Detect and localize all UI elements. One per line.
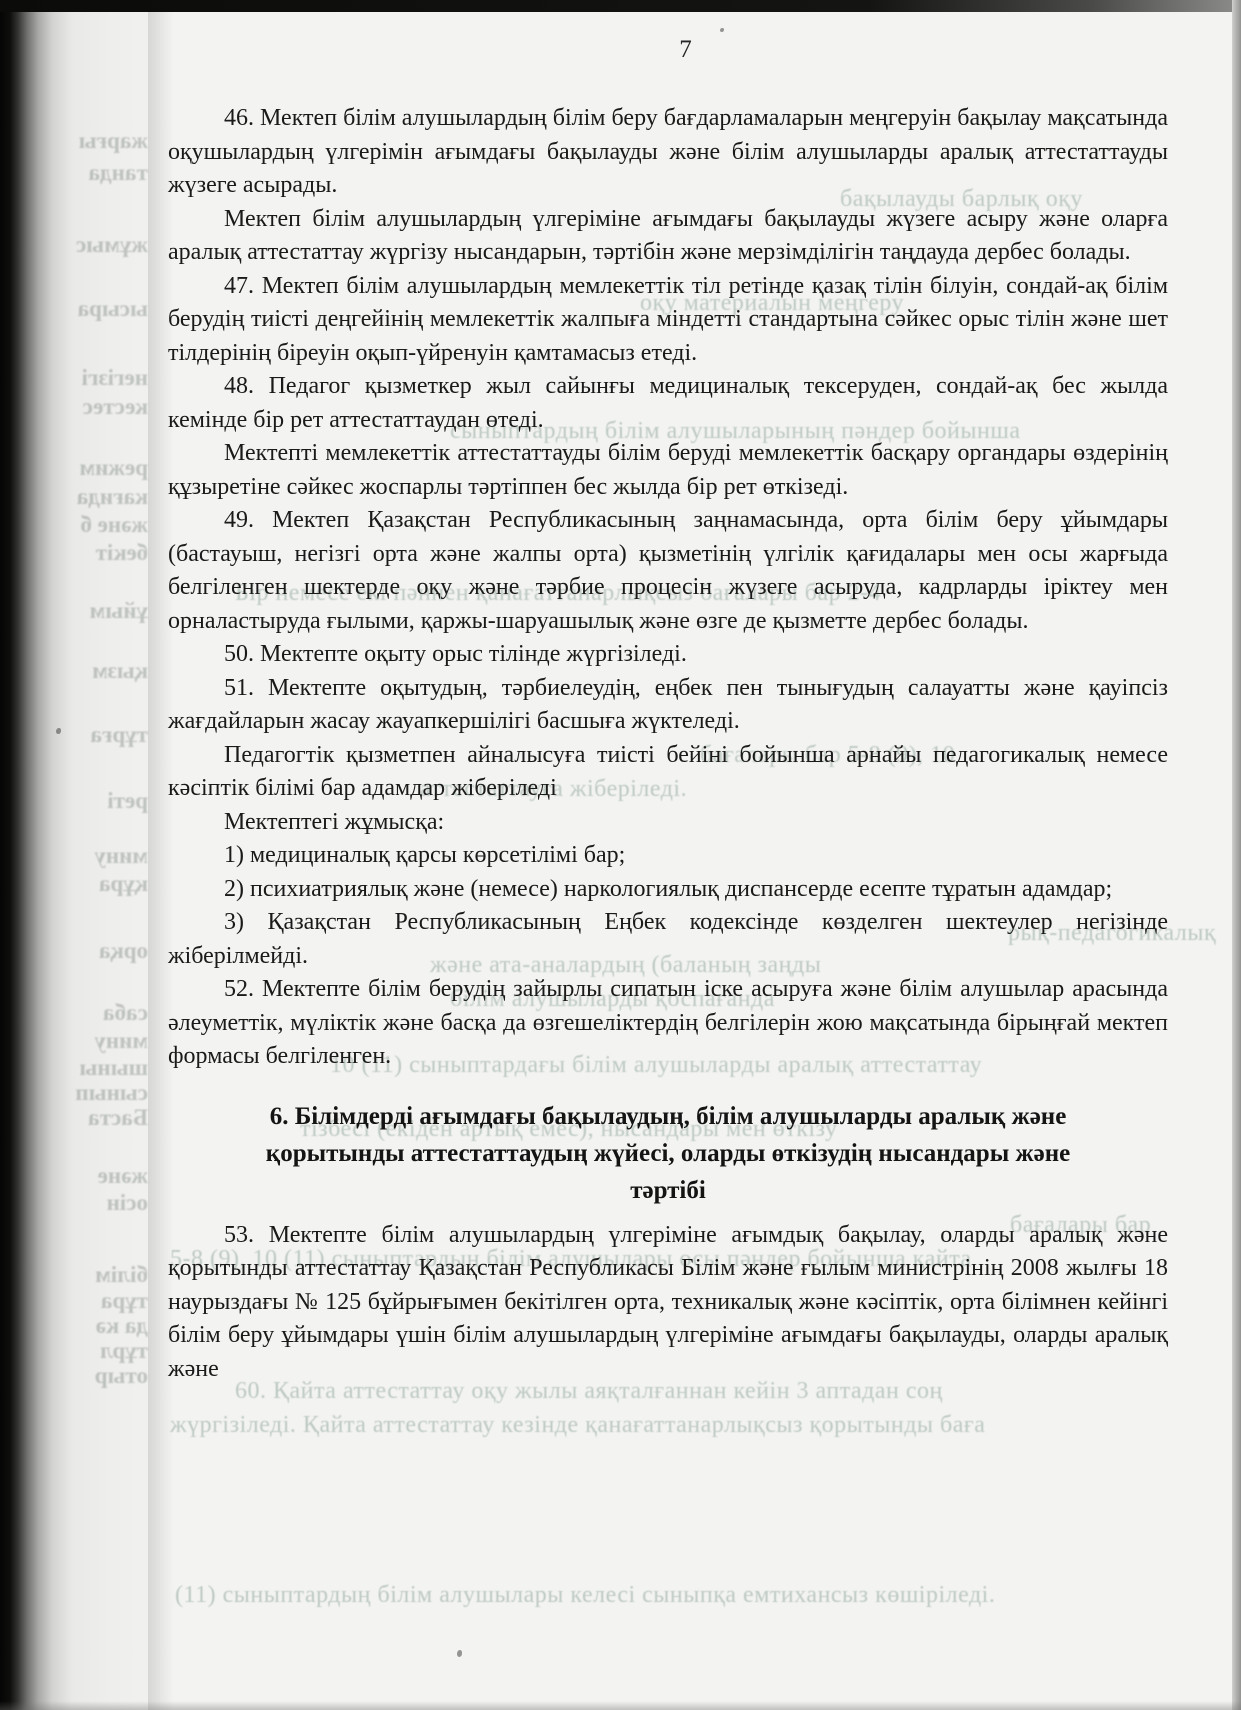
spine-ghost-fragment: шыны xyxy=(44,1055,148,1081)
scanned-document-page: жарғы танда жұмыс ысыра негізгі кестес р… xyxy=(0,0,1241,1710)
body-paragraph-46b: Мектеп білім алушылардың үлгеріміне ағым… xyxy=(168,203,1168,270)
page-content: 46. Мектеп білім алушылардың білім беру … xyxy=(168,102,1168,1386)
body-paragraph-48: 48. Педагог қызметкер жыл сайынғы медици… xyxy=(168,370,1168,437)
spine-ghost-fragment: мину xyxy=(44,1028,148,1054)
scan-edge-bottom xyxy=(0,1701,1241,1710)
spine-ghost-fragment: мину xyxy=(44,843,148,869)
spine-ghost-fragment: Баста xyxy=(44,1105,148,1131)
body-paragraph-51c: Мектептегі жұмысқа: xyxy=(168,806,1168,840)
spine-ghost-fragment: қызм xyxy=(44,658,148,684)
list-item-1: 1) медициналық қарсы көрсетілімі бар; xyxy=(168,839,1168,873)
spine-ghost-fragment: саба xyxy=(44,1000,148,1026)
body-paragraph-52: 52. Мектепте білім берудің зайырлы сипат… xyxy=(168,973,1168,1074)
scan-edge-right xyxy=(1232,0,1241,1710)
spine-ghost-fragment: жұмыс xyxy=(44,232,148,258)
body-paragraph-48b: Мектепті мемлекеттік аттестаттауды білім… xyxy=(168,437,1168,504)
spine-ghost-fragment: танда xyxy=(44,160,148,186)
list-item-3: 3) Қазақстан Республикасының Еңбек кодек… xyxy=(168,906,1168,973)
section-6-heading: 6. Білімдерді ағымдағы бақылаудың, білім… xyxy=(208,1098,1128,1209)
spine-ghost-fragment: режим xyxy=(44,455,148,481)
spine-ghost-fragment: кестес xyxy=(44,394,148,420)
spine-ghost-fragment: реті xyxy=(44,788,148,814)
spine-ghost-fragment: тұрл xyxy=(44,1338,148,1364)
spine-ghost-fragment: отыр xyxy=(44,1363,148,1389)
body-paragraph-47: 47. Мектеп білім алушылардың мемлекеттік… xyxy=(168,270,1168,371)
list-item-2: 2) психиатриялық және (немесе) наркологи… xyxy=(168,873,1168,907)
spine-ghost-fragment: да кә xyxy=(44,1313,148,1339)
page-number: 7 xyxy=(150,36,1221,64)
spine-ghost-fragment: және б xyxy=(44,512,148,538)
body-paragraph-51: 51. Мектепте оқытудың, тәрбиелеудің, еңб… xyxy=(168,672,1168,739)
spine-ghost-fragment: тұрға xyxy=(44,722,148,748)
spine-ghost-fragment: және xyxy=(44,1163,148,1189)
spine-ghost-fragment: ысыра xyxy=(44,296,148,322)
spine-ghost-fragment: кағида xyxy=(44,484,148,510)
spine-ghost-fragment: бекіт xyxy=(44,540,148,566)
ghost-text-line: жүргізіледі. Қайта аттестаттау кезінде қ… xyxy=(170,1412,985,1439)
ghost-text-line: (11) сыныптардың білім алушылары келесі … xyxy=(175,1582,995,1609)
section-heading-line-2: қорытынды аттестаттаудың жүйесі, оларды … xyxy=(208,1135,1128,1172)
spine-ghost-fragment: құра xyxy=(44,871,148,897)
body-paragraph-46: 46. Мектеп білім алушылардың білім беру … xyxy=(168,102,1168,203)
body-paragraph-51b: Педагогтік қызметпен айналысуға тиісті б… xyxy=(168,739,1168,806)
section-heading-line-1: 6. Білімдерді ағымдағы бақылаудың, білім… xyxy=(208,1098,1128,1135)
scan-speck xyxy=(720,28,724,32)
spine-ghost-fragment: тұра xyxy=(44,1288,148,1314)
scan-speck xyxy=(457,1650,462,1657)
body-paragraph-50: 50. Мектепте оқыту орыс тілінде жүргізіл… xyxy=(168,638,1168,672)
spine-ghost-fragment: негізгі xyxy=(44,365,148,391)
body-paragraph-53: 53. Мектепте білім алушылардың үлгерімін… xyxy=(168,1219,1168,1387)
body-paragraph-49: 49. Мектеп Қазақстан Республикасының заң… xyxy=(168,504,1168,638)
section-heading-line-3: тәртібі xyxy=(208,1172,1128,1209)
spine-ghost-fragment: білім xyxy=(44,1262,148,1288)
spine-ghost-fragment: орқа xyxy=(44,938,148,964)
spine-ghost-fragment: жарғы xyxy=(44,128,148,154)
spine-ghost-fragment: ұйым xyxy=(44,598,148,624)
spine-ghost-fragment: осін xyxy=(44,1190,148,1216)
scan-edge-top xyxy=(0,0,1241,12)
spine-ghost-fragment: сынып xyxy=(44,1080,148,1106)
